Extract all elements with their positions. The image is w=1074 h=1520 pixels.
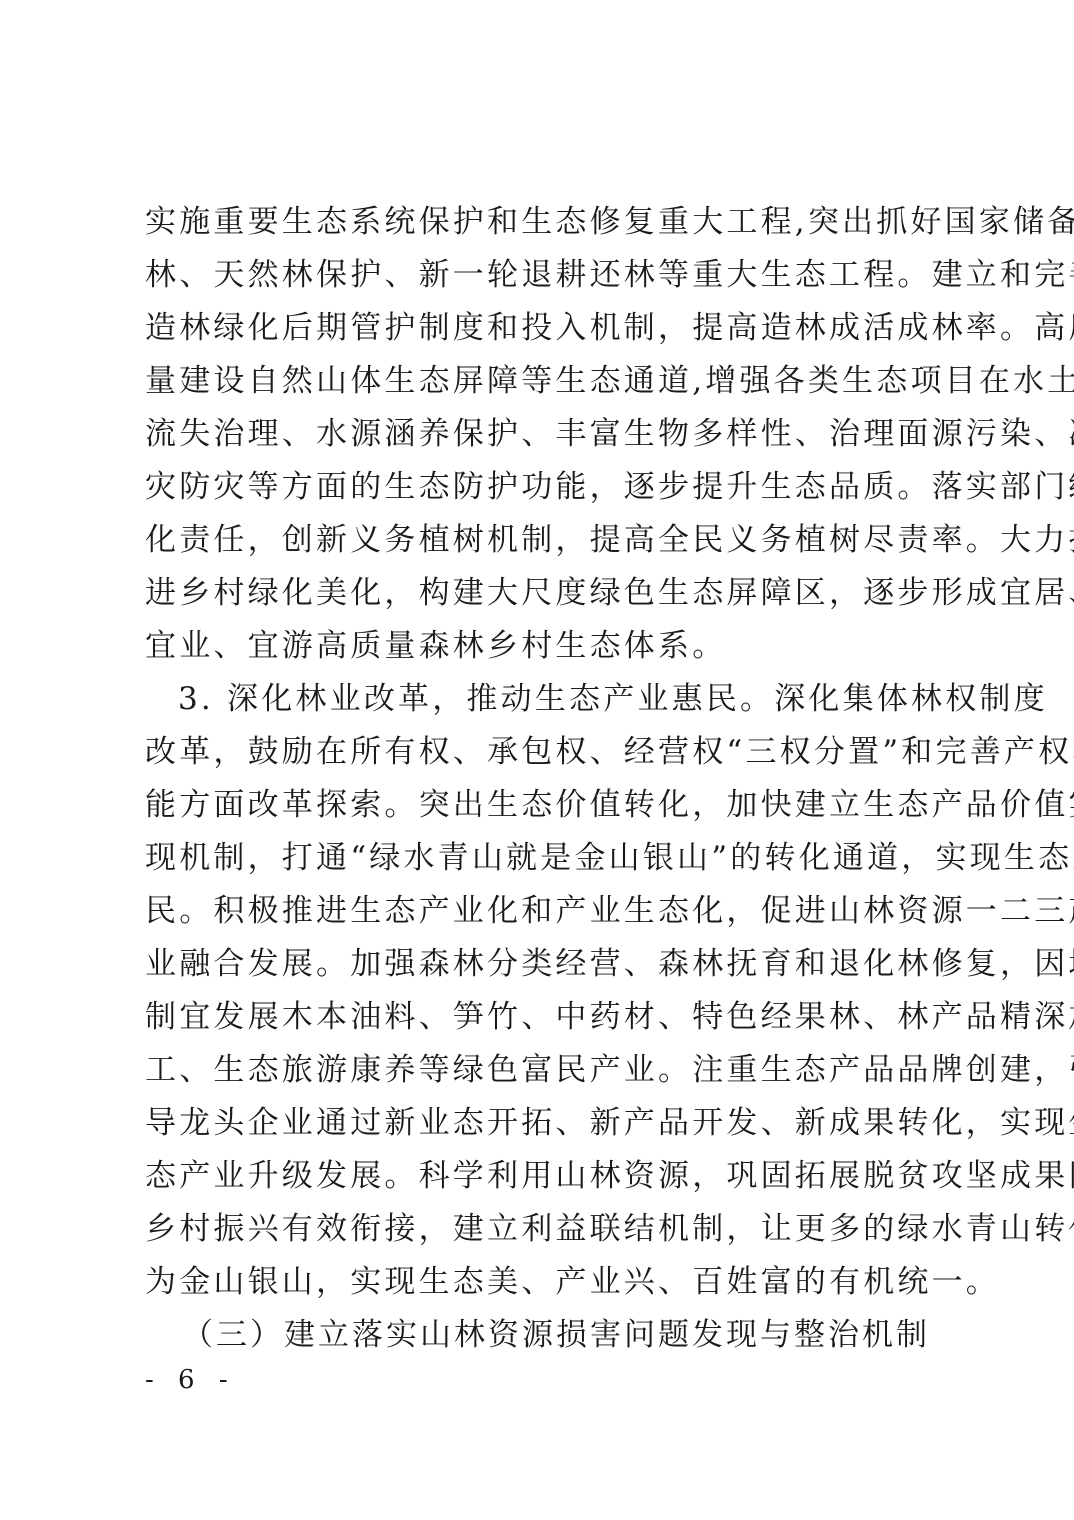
body-text-line: 流失治理、水源涵养保护、丰富生物多样性、治理面源污染、减 [145, 408, 945, 461]
body-text-line: 实施重要生态系统保护和生态修复重大工程,突出抓好国家储备 [145, 196, 945, 249]
body-text-line: 能方面改革探索。突出生态价值转化，加快建立生态产品价值实 [145, 779, 945, 832]
body-text-line: 乡村振兴有效衔接，建立利益联结机制，让更多的绿水青山转化 [145, 1203, 945, 1256]
body-text-line: 量建设自然山体生态屏障等生态通道,增强各类生态项目在水土 [145, 355, 945, 408]
body-text-line: 林、天然林保护、新一轮退耕还林等重大生态工程。建立和完善 [145, 249, 945, 302]
paragraph-heading-line: 3. 深化林业改革，推动生态产业惠民。深化集体林权制度 [178, 673, 978, 726]
body-text-line: 导龙头企业通过新业态开拓、新产品开发、新成果转化，实现生 [145, 1097, 945, 1150]
section-heading: （三）建立落实山林资源损害问题发现与整治机制 [182, 1309, 982, 1362]
body-text-line: 工、生态旅游康养等绿色富民产业。注重生态产品品牌创建，引 [145, 1044, 945, 1097]
body-text-line: 造林绿化后期管护制度和投入机制，提高造林成活成林率。高质 [145, 302, 945, 355]
body-text-line: 进乡村绿化美化，构建大尺度绿色生态屏障区，逐步形成宜居、 [145, 567, 945, 620]
body-text-line: 改革，鼓励在所有权、承包权、经营权“三权分置”和完善产权权 [145, 726, 945, 779]
body-text-line: 宜业、宜游高质量森林乡村生态体系。 [145, 620, 945, 673]
body-text-line: 业融合发展。加强森林分类经营、森林抚育和退化林修复，因地 [145, 938, 945, 991]
body-text-line: 化责任，创新义务植树机制，提高全民义务植树尽责率。大力推 [145, 514, 945, 567]
document-page: 实施重要生态系统保护和生态修复重大工程,突出抓好国家储备 林、天然林保护、新一轮… [0, 0, 1074, 1520]
page-number: - 6 - [145, 1360, 236, 1400]
body-text-line: 民。积极推进生态产业化和产业生态化，促进山林资源一二三产 [145, 885, 945, 938]
body-text-line: 制宜发展木本油料、笋竹、中药材、特色经果林、林产品精深加 [145, 991, 945, 1044]
body-text-line: 现机制，打通“绿水青山就是金山银山”的转化通道，实现生态惠 [145, 832, 945, 885]
body-text-line: 态产业升级发展。科学利用山林资源，巩固拓展脱贫攻坚成果同 [145, 1150, 945, 1203]
body-text-line: 为金山银山，实现生态美、产业兴、百姓富的有机统一。 [145, 1256, 945, 1309]
body-text-line: 灾防灾等方面的生态防护功能，逐步提升生态品质。落实部门绿 [145, 461, 945, 514]
